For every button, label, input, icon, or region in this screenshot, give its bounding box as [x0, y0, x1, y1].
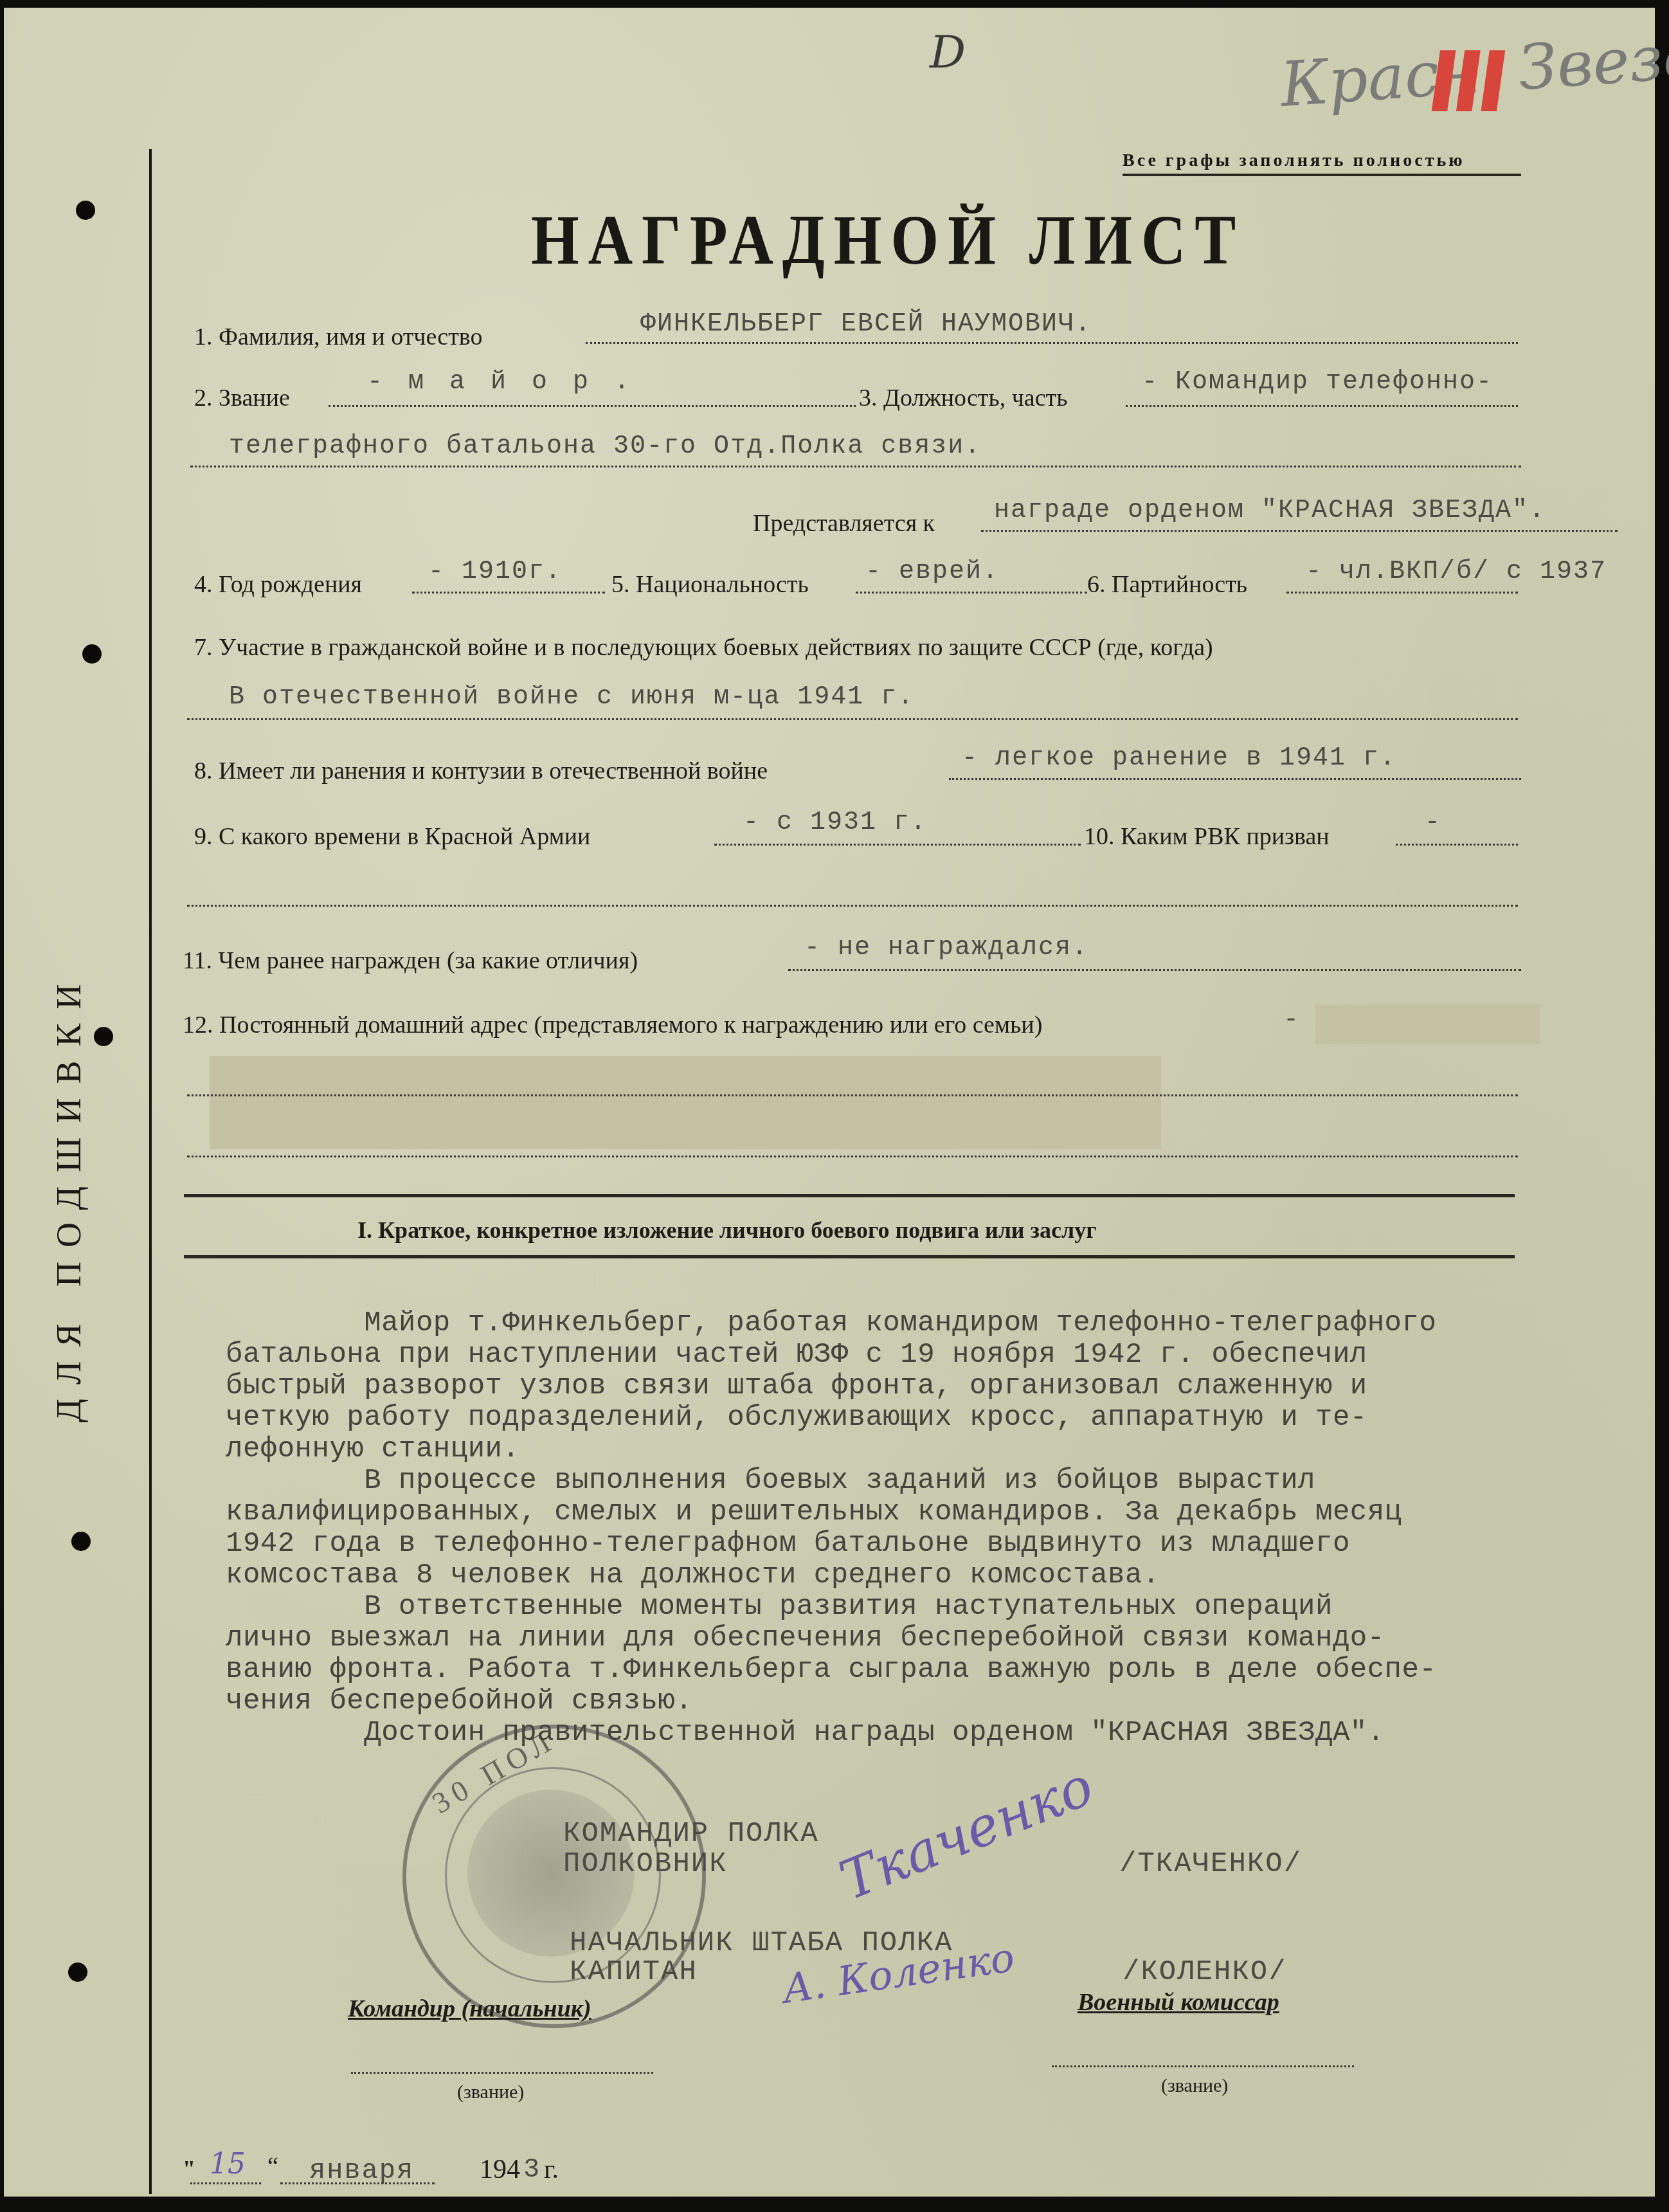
blank-line — [187, 905, 1518, 907]
commander-rank-line — [351, 2072, 653, 2074]
field-3-line — [1126, 405, 1518, 407]
section-top-rule — [184, 1194, 1515, 1197]
narrative-line: батальона при наступлении частей ЮЗФ с 1… — [226, 1339, 1436, 1371]
commissar-caption: Военный комиссар — [1078, 1988, 1279, 2017]
red-pencil-mark: III — [1421, 33, 1508, 131]
field-11-value: - не награждался. — [804, 934, 1088, 963]
date-year-digit: 3 — [523, 2154, 541, 2185]
field-3-value-continued: телеграфного батальона 30-го Отд.Полка с… — [229, 432, 981, 461]
field-7-line — [187, 718, 1518, 720]
award-line — [981, 530, 1618, 532]
binding-hole — [82, 644, 102, 664]
instruction-note: Все графы заполнять полностью — [1123, 150, 1465, 171]
field-2-line — [329, 405, 856, 407]
field-7-label: 7. Участие в гражданской войне и в после… — [194, 633, 1213, 662]
field-4-line — [412, 592, 605, 594]
field-11-line — [788, 969, 1521, 971]
commander-name: /ТКАЧЕНКО/ — [1119, 1848, 1302, 1880]
field-6-line — [1286, 592, 1518, 594]
narrative-line: чения бесперебойной связью. — [226, 1686, 1436, 1718]
chief-of-staff-name: /КОЛЕНКО/ — [1123, 1956, 1287, 1988]
narrative-line: ванию фронта. Работа т.Финкельберга сыгр… — [226, 1654, 1436, 1686]
binding-margin-line — [149, 149, 152, 2194]
date-year-unit: г. — [544, 2154, 559, 2185]
narrative-line: лефонную станции. — [226, 1434, 1436, 1465]
field-1-line — [586, 342, 1518, 344]
field-7-value: В отечественной войне с июня м-ца 1941 г… — [229, 683, 914, 712]
field-4-label: 4. Год рождения — [194, 570, 362, 599]
award-label: Представляется к — [753, 509, 935, 538]
field-3-value: - Командир телефонно- — [1142, 368, 1493, 397]
award-sheet-page: ДЛЯ ПОДШИВКИ D Красн. Звезд. III Все гра… — [4, 8, 1655, 2197]
narrative-line: быстрый разворот узлов связи штаба фронт… — [226, 1371, 1436, 1402]
binding-hole — [68, 1963, 87, 1982]
award-value: награде орденом "КРАСНАЯ ЗВЕЗДА". — [994, 496, 1546, 525]
field-8-value: - легкое ранение в 1941 г. — [962, 744, 1396, 773]
field-12-line-2 — [187, 1156, 1518, 1157]
field-6-value: - чл.ВКП/б/ с 1937 — [1306, 558, 1607, 586]
narrative-line: квалифицированных, смелых и решительных … — [226, 1497, 1436, 1528]
narrative-line: Достоин правительственной награды ордено… — [226, 1718, 1436, 1749]
field-5-label: 5. Национальность — [611, 570, 809, 599]
field-1-label: 1. Фамилия, имя и отчество — [194, 323, 482, 351]
narrative-line: В ответственные моменты развития наступа… — [226, 1591, 1436, 1623]
date-year-prefix: 194 — [480, 2154, 520, 2185]
field-8-line — [949, 778, 1521, 780]
instruction-underline — [1123, 174, 1521, 176]
commander-rank: ПОЛКОВНИК — [563, 1848, 728, 1880]
date-month: января — [309, 2155, 414, 2186]
field-9-value: - с 1931 г. — [743, 808, 927, 837]
section-heading: I. Краткое, конкретное изложение личного… — [357, 1217, 1097, 1244]
field-3-line-2 — [190, 466, 1521, 467]
commander-caption: Командир (начальник) — [348, 1995, 591, 2023]
field-2-label: 2. Звание — [194, 384, 290, 412]
field-5-line — [856, 592, 1087, 594]
field-9-label: 9. С какого времени в Красной Армии — [194, 822, 590, 851]
narrative-line: 1942 года в телефонно-телеграфном баталь… — [226, 1528, 1436, 1560]
field-5-value: - еврей. — [865, 558, 999, 586]
commander-rank-caption: (звание) — [457, 2081, 524, 2103]
binding-hole — [76, 201, 95, 220]
merit-narrative: Майор т.Финкельберг, работая командиром … — [226, 1308, 1436, 1749]
field-11-label: 11. Чем ранее награжден (за какие отличи… — [183, 947, 638, 975]
date-open-quote: " — [183, 2155, 195, 2182]
binding-hole — [94, 1027, 113, 1046]
date-day-line — [190, 2182, 261, 2184]
section-bottom-rule — [184, 1255, 1515, 1258]
commander-title: КОМАНДИР ПОЛКА — [563, 1818, 819, 1850]
binding-margin-label: ДЛЯ ПОДШИВКИ — [49, 970, 89, 1422]
field-8-label: 8. Имеет ли ранения и контузии в отечест… — [194, 757, 768, 785]
narrative-line: комсостава 8 человек на должности средне… — [226, 1560, 1436, 1591]
field-12-value: - — [1283, 1006, 1300, 1035]
field-12-line — [187, 1094, 1518, 1096]
field-1-value: ФИНКЕЛЬБЕРГ ЕВСЕЙ НАУМОВИЧ. — [640, 310, 1092, 339]
redacted-address-line — [210, 1056, 1161, 1149]
date-day: 15 — [210, 2148, 246, 2180]
field-10-line — [1396, 844, 1518, 846]
chief-of-staff-rank: КАПИТАН — [570, 1956, 698, 1988]
document-title: НАГРАДНОЙ ЛИСТ — [531, 199, 1245, 281]
field-12-label: 12. Постоянный домашний адрес (представл… — [183, 1011, 1042, 1039]
redacted-address — [1315, 1004, 1540, 1044]
date-close-quote: “ — [267, 2152, 278, 2180]
field-4-value: - 1910г. — [428, 558, 562, 586]
narrative-line: В процессе выполнения боевых заданий из … — [226, 1465, 1436, 1497]
field-10-label: 10. Каким РВК призван — [1084, 822, 1330, 851]
field-3-label: 3. Должность, часть — [859, 384, 1068, 412]
field-10-value: - — [1425, 808, 1441, 837]
narrative-line: лично выезжал на линии для обеспечения б… — [226, 1623, 1436, 1654]
field-6-label: 6. Партийность — [1087, 570, 1247, 599]
field-2-value: - м а й о р . — [367, 368, 635, 397]
commander-signature: Ткаченко — [831, 1754, 1102, 1912]
narrative-line: четкую работу подразделений, обслуживающ… — [226, 1402, 1436, 1434]
field-9-line — [714, 844, 1081, 846]
commissar-rank-line — [1052, 2065, 1354, 2067]
narrative-line: Майор т.Финкельберг, работая командиром … — [226, 1308, 1436, 1339]
handwritten-top-mark: D — [930, 26, 966, 78]
commissar-rank-caption: (звание) — [1161, 2075, 1228, 2097]
binding-hole — [71, 1532, 91, 1551]
